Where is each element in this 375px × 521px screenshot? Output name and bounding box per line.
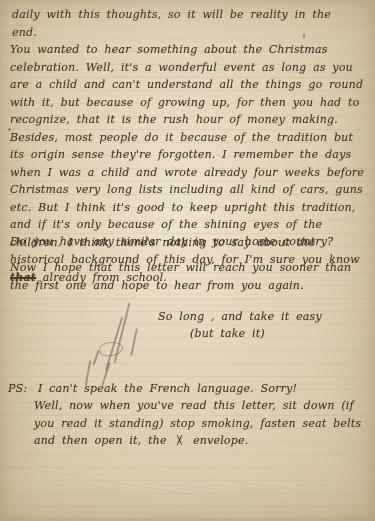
crossed-out-scribble bbox=[85, 298, 155, 393]
ps-paragraph: Well, now when you've read this letter, … bbox=[34, 397, 366, 450]
ps-label: PS: bbox=[8, 380, 27, 398]
letter-closing-paragraph: Now I hope that this letter will reach y… bbox=[10, 259, 364, 294]
pencil-stroke-4 bbox=[92, 350, 99, 366]
ps-text-after-mark: envelope. bbox=[193, 434, 248, 447]
signoff-parenthetical: (but take it) bbox=[190, 325, 265, 343]
crease-diagonal-3 bbox=[151, 468, 300, 491]
signoff-line: So long , and take it easy bbox=[158, 308, 322, 326]
letter-question-line: Do you have any similar day in your home… bbox=[10, 233, 360, 251]
letter-page: daily with this thoughts, so it will be … bbox=[0, 0, 375, 521]
crease-diagonal-1 bbox=[0, 460, 214, 498]
pencil-loop bbox=[98, 340, 124, 357]
pencil-stroke-1 bbox=[114, 303, 130, 364]
letter-line-opening: daily with this thoughts, so it will be … bbox=[12, 6, 360, 41]
pencil-stroke-3 bbox=[130, 328, 137, 356]
pencil-stroke-2 bbox=[105, 317, 123, 371]
ps-line: I can't speak the French language. Sorry… bbox=[38, 380, 358, 398]
crossed-out-word-mark bbox=[173, 435, 186, 445]
